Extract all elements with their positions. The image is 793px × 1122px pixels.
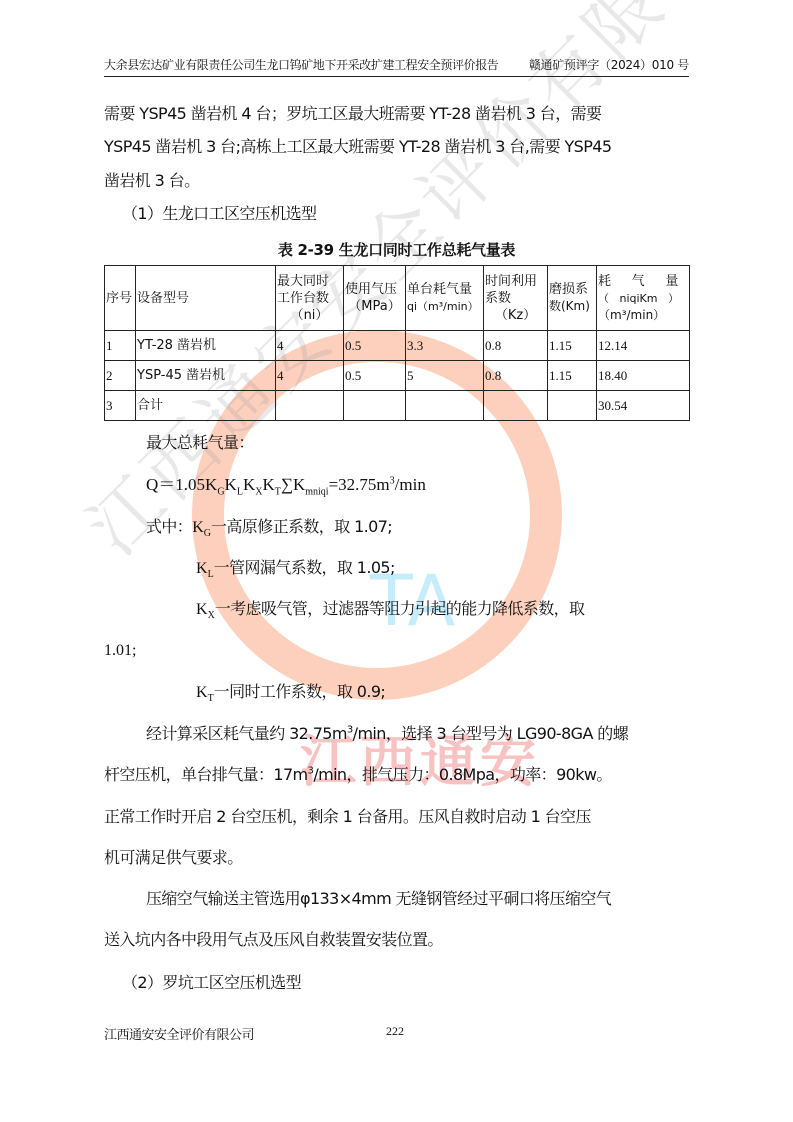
- cell-seq: 1: [105, 331, 136, 361]
- doc-number: 赣通矿预评字（2024）010 号: [529, 56, 689, 74]
- cell-model: 合计: [136, 391, 276, 421]
- cell-pressure: 0.5: [344, 361, 406, 391]
- header-total-air: 耗 气 量 （ niqiKm ） （m³/min）: [597, 266, 690, 331]
- cell-unit-air: 3.3: [406, 331, 484, 361]
- calc-line: 杆空压机，单台排气量：17m3/min，排气压力：0.8Mpa，功率：90kw。: [104, 764, 689, 786]
- page-number: 222: [386, 1024, 404, 1039]
- cell-pressure: 0.5: [344, 331, 406, 361]
- cell-units: 4: [276, 331, 344, 361]
- definition-kx-value: 1.01;: [104, 640, 689, 662]
- cell-total: 12.14: [597, 331, 690, 361]
- cell-units: [276, 391, 344, 421]
- cell-seq: 2: [105, 361, 136, 391]
- section-heading-2: （2）罗坑工区空压机选型: [122, 972, 707, 994]
- cell-unit-air: 5: [406, 361, 484, 391]
- table-row: 2 YSP-45 凿岩机 4 0.5 5 0.8 1.15 18.40: [105, 361, 690, 391]
- paragraph-line: 需要 YSP45 凿岩机 4 台；罗坑工区最大班需要 YT-28 凿岩机 3 台…: [104, 103, 689, 125]
- definition-kt: KT一同时工作系数，取 0.9;: [196, 681, 781, 704]
- pipe-line: 压缩空气输送主管选用φ133×4mm 无缝钢管经过平硐口将压缩空气: [146, 888, 731, 910]
- cell-wear-factor: [548, 391, 597, 421]
- table-caption: 表 2-39 生龙口同时工作总耗气量表: [0, 239, 793, 260]
- table-row: 3 合计 30.54: [105, 391, 690, 421]
- header-unit-air: 单台耗气量 qi（m³/min）: [406, 266, 484, 331]
- definition-kl: KL一管网漏气系数，取 1.05;: [196, 557, 781, 580]
- page-header: 大余县宏达矿业有限责任公司生龙口钨矿地下开采改扩建工程安全预评价报告 赣通矿预评…: [104, 56, 689, 77]
- cell-pressure: [344, 391, 406, 421]
- pipe-line: 送入坑内各中段用气点及压风自救装置安装位置。: [104, 929, 689, 951]
- header-time-factor: 时间利用 系数 （Kz）: [484, 266, 548, 331]
- calc-line: 正常工作时开启 2 台空压机，剩余 1 台备用。压风自救时启动 1 台空压: [104, 806, 689, 828]
- cell-time-factor: [484, 391, 548, 421]
- formula-label: 最大总耗气量：: [146, 432, 731, 454]
- cell-wear-factor: 1.15: [548, 331, 597, 361]
- cell-seq: 3: [105, 391, 136, 421]
- calc-line: 机可满足供气要求。: [104, 847, 689, 869]
- cell-total: 18.40: [597, 361, 690, 391]
- cell-model: YT-28 凿岩机: [136, 331, 276, 361]
- footer-company: 江西通安安全评价有限公司: [104, 1024, 254, 1043]
- cell-units: 4: [276, 361, 344, 391]
- header-seq: 序号: [105, 266, 136, 331]
- definition-kg: 式中：KG一高原修正系数，取 1.07;: [146, 516, 731, 539]
- cell-model: YSP-45 凿岩机: [136, 361, 276, 391]
- header-wear-factor: 磨损系 数(Km): [548, 266, 597, 331]
- cell-time-factor: 0.8: [484, 361, 548, 391]
- calc-line: 经计算采区耗气量约 32.75m3/min，选择 3 台型号为 LG90-8GA…: [146, 723, 731, 745]
- air-consumption-table: 序号 设备型号 最大同时 工作台数 （ni） 使用气压 （MPa） 单台耗气量 …: [104, 265, 690, 421]
- cell-wear-factor: 1.15: [548, 361, 597, 391]
- header-pressure: 使用气压 （MPa）: [344, 266, 406, 331]
- paragraph-line: 凿岩机 3 台。: [104, 170, 689, 192]
- definition-kx: KX一考虑吸气管，过滤器等阻力引起的能力降低系数，取: [196, 598, 781, 621]
- paragraph-line: YSP45 凿岩机 3 台;高栋上工区最大班需要 YT-28 凿岩机 3 台,需…: [104, 136, 689, 158]
- table-row: 1 YT-28 凿岩机 4 0.5 3.3 0.8 1.15 12.14: [105, 331, 690, 361]
- cell-total: 30.54: [597, 391, 690, 421]
- section-heading-1: （1）生龙口工区空压机选型: [122, 203, 707, 225]
- document-page: TA 江西通安 江西通安安全评价有限公司 大余县宏达矿业有限责任公司生龙口钨矿地…: [0, 0, 793, 1122]
- header-model: 设备型号: [136, 266, 276, 331]
- cell-time-factor: 0.8: [484, 331, 548, 361]
- cell-unit-air: [406, 391, 484, 421]
- table-header-row: 序号 设备型号 最大同时 工作台数 （ni） 使用气压 （MPa） 单台耗气量 …: [105, 266, 690, 331]
- header-max-units: 最大同时 工作台数 （ni）: [276, 266, 344, 331]
- formula: Q＝1.05KGKLKXKT∑Kmniqi=32.75m3/min: [146, 474, 731, 496]
- report-title: 大余县宏达矿业有限责任公司生龙口钨矿地下开采改扩建工程安全预评价报告: [104, 56, 498, 74]
